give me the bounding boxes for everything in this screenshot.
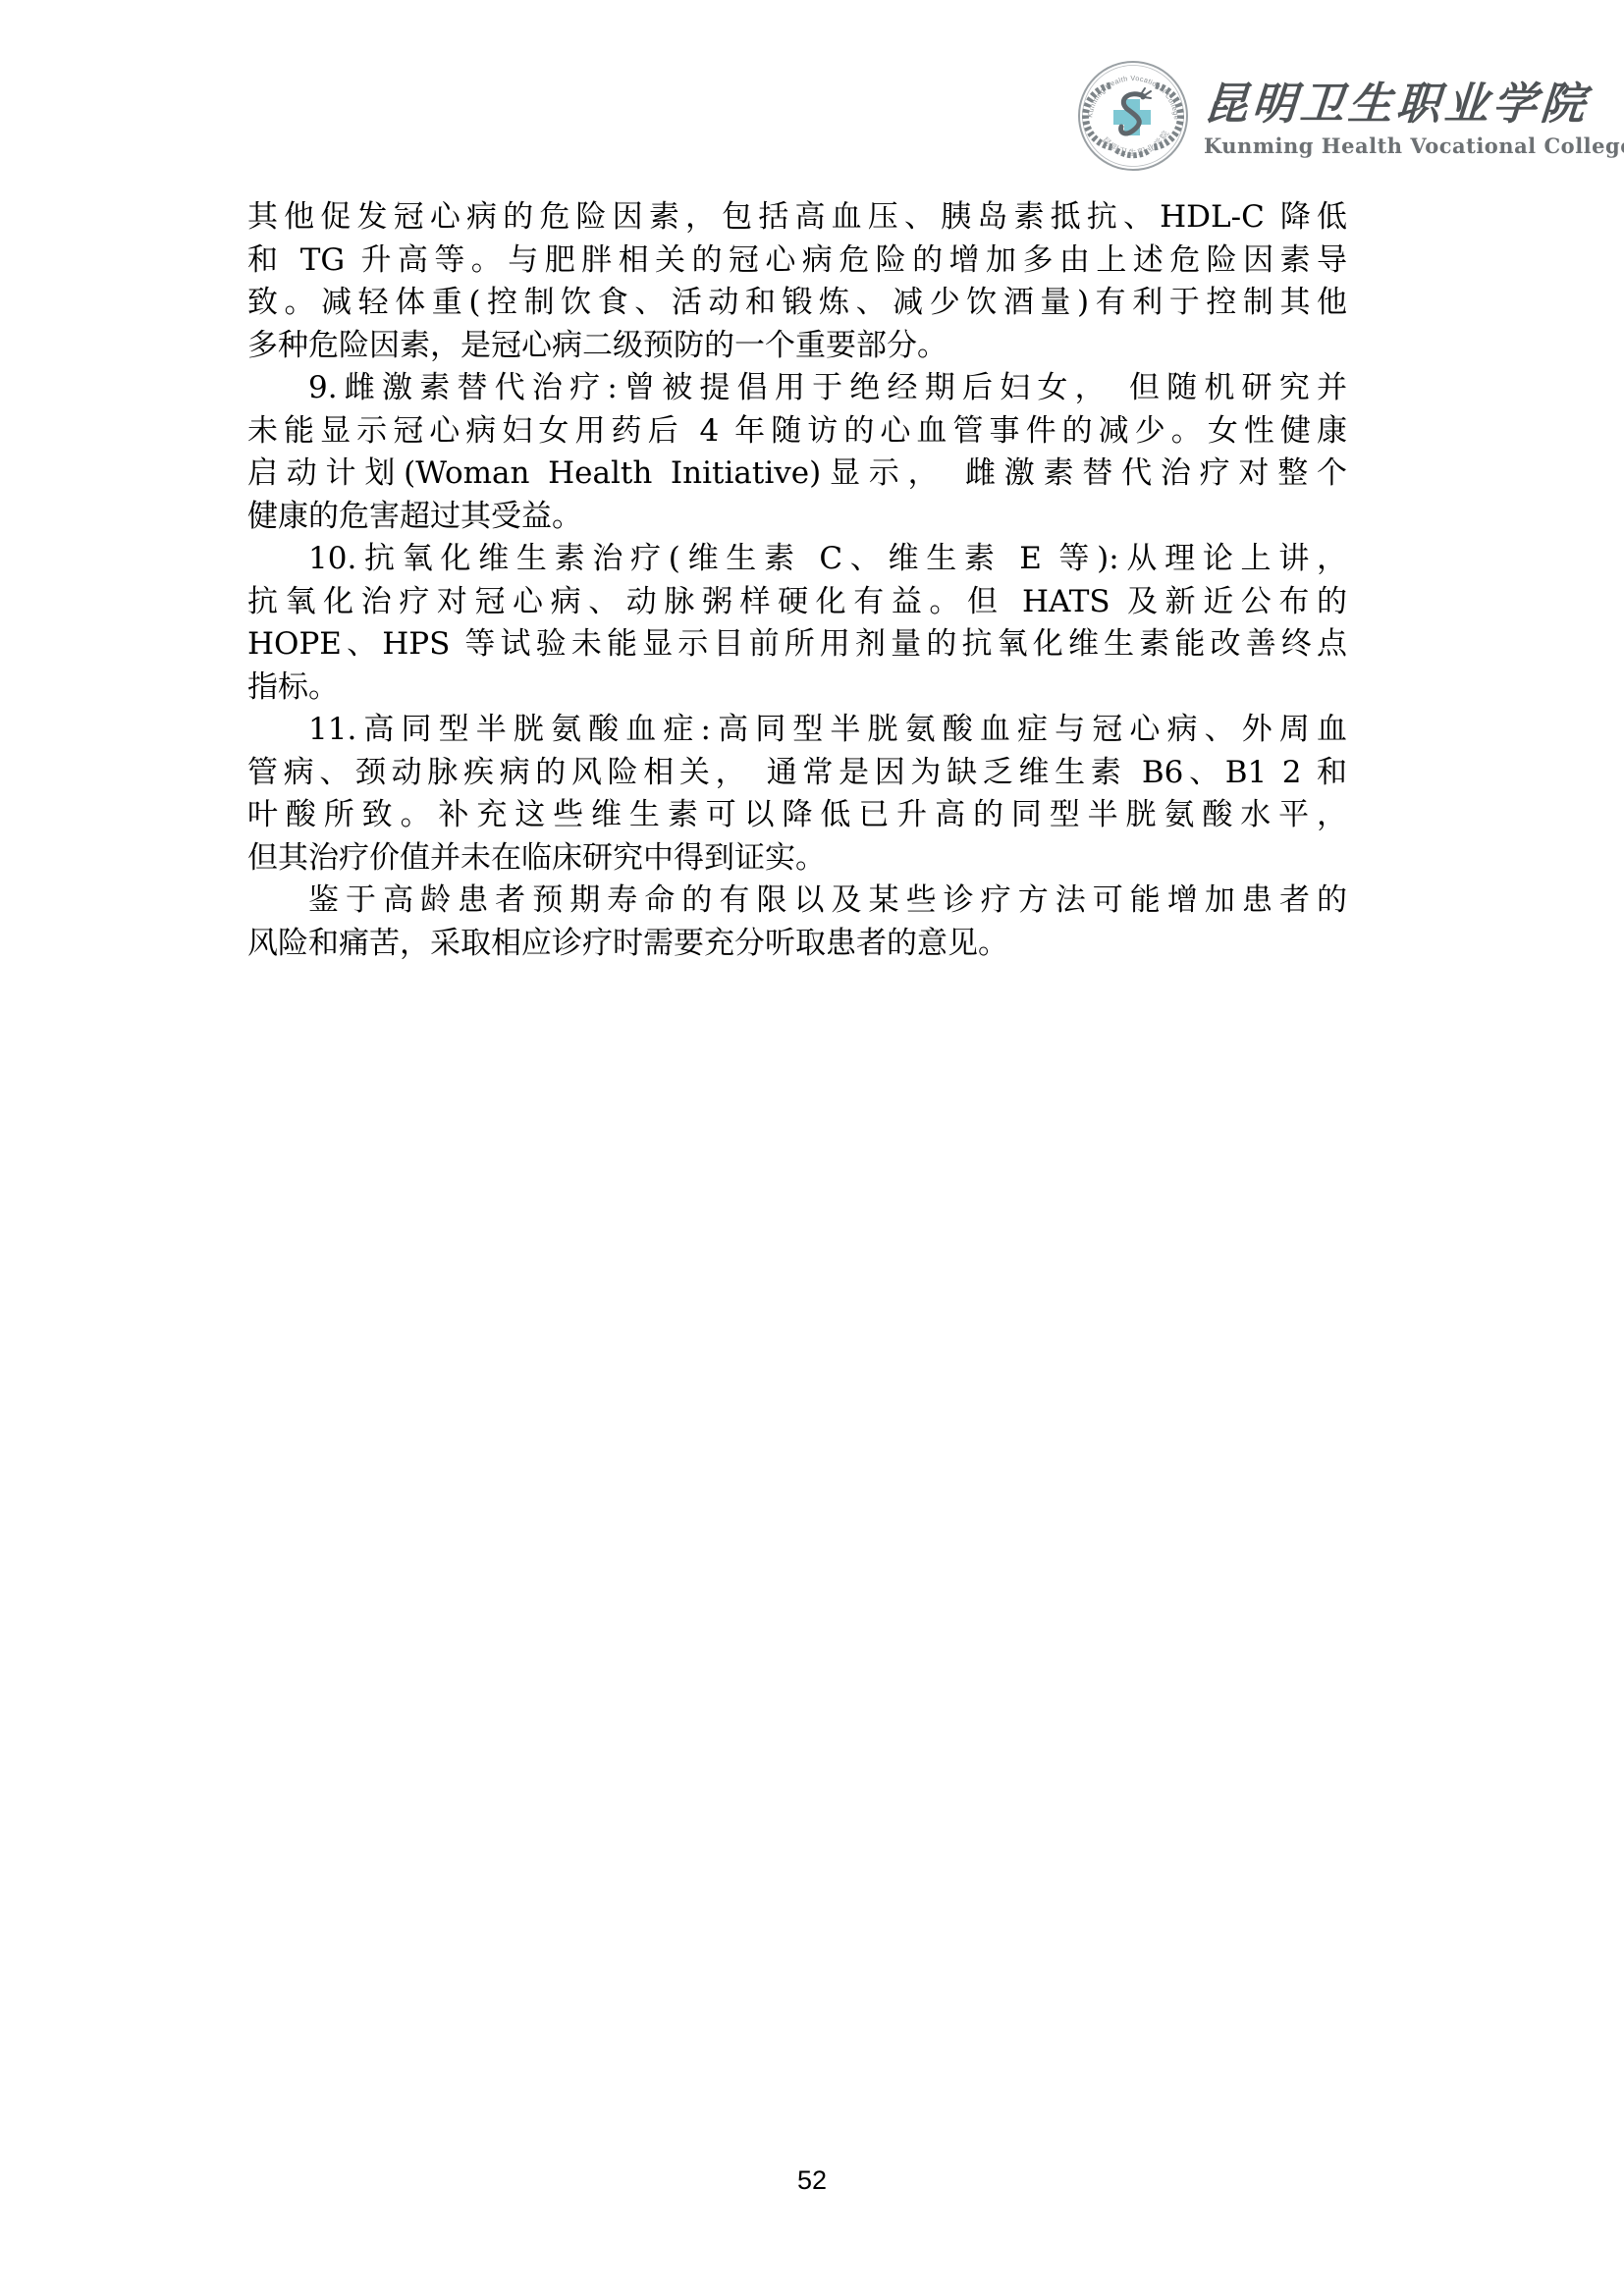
text-line: 10.抗氧化维生素治疗(维生素 C、维生素 E 等):从理论上讲， bbox=[247, 538, 1347, 581]
text-line: 指标。 bbox=[247, 667, 1347, 710]
text-line: 致。减轻体重(控制饮食、活动和锻炼、减少饮酒量)有利于控制其他 bbox=[247, 282, 1347, 325]
text-line: 11.高同型半胱氨酸血症:高同型半胱氨酸血症与冠心病、外周血 bbox=[247, 709, 1347, 752]
college-seal-icon: Kunming Health Vocational College 昆明卫生职业… bbox=[1076, 57, 1190, 175]
text-line: 抗氧化治疗对冠心病、动脉粥样硬化有益。但 HATS 及新近公布的 bbox=[247, 581, 1347, 624]
text-line: 和 TG 升高等。与肥胖相关的冠心病危险的增加多由上述危险因素导 bbox=[247, 240, 1347, 283]
document-page: Kunming Health Vocational College 昆明卫生职业… bbox=[0, 0, 1624, 2296]
text-line: 鉴于高龄患者预期寿命的有限以及某些诊疗方法可能增加患者的 bbox=[247, 880, 1347, 923]
college-name-english: Kunming Health Vocational College bbox=[1204, 133, 1624, 159]
text-line: 风险和痛苦，采取相应诊疗时需要充分听取患者的意见。 bbox=[247, 923, 1347, 966]
text-line: 多种危险因素，是冠心病二级预防的一个重要部分。 bbox=[247, 325, 1347, 368]
text-line: 启动计划(Woman Health Initiative)显示， 雌激素替代治疗… bbox=[247, 453, 1347, 496]
text-line: 9.雌激素替代治疗:曾被提倡用于绝经期后妇女， 但随机研究并 bbox=[247, 367, 1347, 410]
college-header: Kunming Health Vocational College 昆明卫生职业… bbox=[1076, 57, 1624, 175]
text-line: 但其治疗价值并未在临床研究中得到证实。 bbox=[247, 837, 1347, 881]
text-line: 其他促发冠心病的危险因素，包括高血压、胰岛素抵抗、HDL-C 降低 bbox=[247, 196, 1347, 240]
body-text: 其他促发冠心病的危险因素，包括高血压、胰岛素抵抗、HDL-C 降低和 TG 升高… bbox=[247, 196, 1347, 965]
text-line: 叶酸所致。补充这些维生素可以降低已升高的同型半胱氨酸水平， bbox=[247, 794, 1347, 837]
text-line: 健康的危害超过其受益。 bbox=[247, 496, 1347, 539]
college-name-block: 昆明卫生职业学院 Kunming Health Vocational Colle… bbox=[1204, 57, 1624, 159]
text-line: 未能显示冠心病妇女用药后 4 年随访的心血管事件的减少。女性健康 bbox=[247, 410, 1347, 454]
page-number: 52 bbox=[0, 2165, 1624, 2196]
text-line: HOPE、HPS 等试验未能显示目前所用剂量的抗氧化维生素能改善终点 bbox=[247, 623, 1347, 667]
college-name-calligraphy: 昆明卫生职业学院 bbox=[1202, 77, 1624, 132]
text-line: 管病、颈动脉疾病的风险相关， 通常是因为缺乏维生素 B6、B1 2 和 bbox=[247, 752, 1347, 795]
